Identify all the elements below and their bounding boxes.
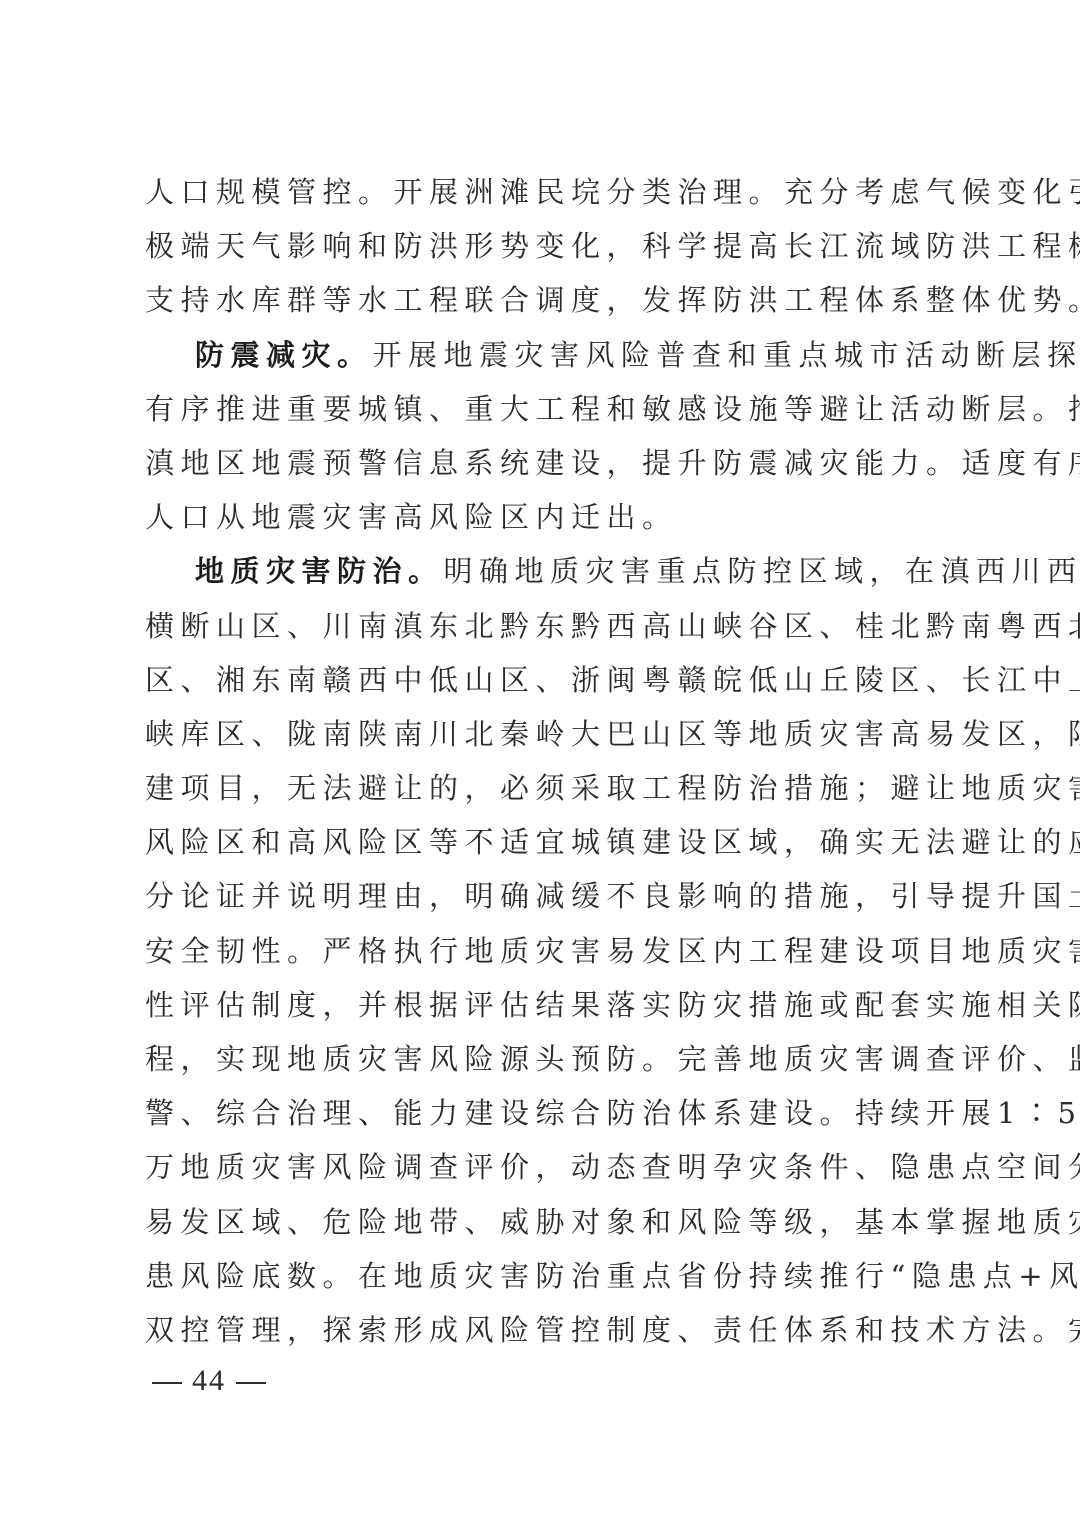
em-dash-left — [152, 1382, 182, 1384]
document-body: 人口规模管控。开展洲滩民垸分类治理。充分考虑气候变化引发的 极端天气影响和防洪形… — [145, 165, 937, 1357]
document-page: 人口规模管控。开展洲滩民垸分类治理。充分考虑气候变化引发的 极端天气影响和防洪形… — [0, 0, 1080, 1527]
text-line: 万地质灾害风险调查评价，动态查明孕灾条件、隐患点空间分布、 — [145, 1140, 937, 1194]
section-heading-earthquake: 防震减灾。 — [195, 338, 373, 372]
text-line: 程，实现地质灾害风险源头预防。完善地质灾害调查评价、监测预 — [145, 1032, 937, 1086]
section-heading-geohazard: 地质灾害防治。 — [195, 554, 444, 588]
text-line: 峡库区、陇南陕南川北秦岭大巴山区等地质灾害高易发区，限制新 — [145, 707, 937, 761]
text-line: 滇地区地震预警信息系统建设，提升防震减灾能力。适度有序鼓励 — [145, 436, 937, 490]
page-number: 44 — [142, 1364, 276, 1398]
paragraph-first-line: 地质灾害防治。明确地质灾害重点防控区域，在滇西川西藏东 — [145, 544, 937, 598]
text-line: 支持水库群等水工程联合调度，发挥防洪工程体系整体优势。 — [145, 273, 937, 327]
text-line: 横断山区、川南滇东北黔东黔西高山峡谷区、桂北黔南粤西北中山 — [145, 599, 937, 653]
text-line: 安全韧性。严格执行地质灾害易发区内工程建设项目地质灾害危险 — [145, 924, 937, 978]
em-dash-right — [236, 1382, 266, 1384]
text-line: 建项目，无法避让的，必须采取工程防治措施；避让地质灾害极高 — [145, 761, 937, 815]
text-line: 极端天气影响和防洪形势变化，科学提高长江流域防洪工程标准。 — [145, 219, 937, 273]
text-span: 明确地质灾害重点防控区域，在滇西川西藏东 — [444, 554, 1080, 588]
text-line: 患风险底数。在地质灾害防治重点省份持续推行“隐患点+风险区” — [145, 1249, 937, 1303]
text-line: 分论证并说明理由，明确减缓不良影响的措施，引导提升国土空间 — [145, 869, 937, 923]
page-number-value: 44 — [192, 1364, 226, 1397]
text-line: 易发区域、危险地带、威胁对象和风险等级，基本掌握地质灾害隐 — [145, 1195, 937, 1249]
paragraph-first-line: 防震减灾。开展地震灾害风险普查和重点城市活动断层探查， — [145, 328, 937, 382]
text-line: 人口规模管控。开展洲滩民垸分类治理。充分考虑气候变化引发的 — [145, 165, 937, 219]
text-line: 有序推进重要城镇、重大工程和敏感设施等避让活动断层。推进川 — [145, 382, 937, 436]
text-line: 性评估制度，并根据评估结果落实防灾措施或配套实施相关防护工 — [145, 978, 937, 1032]
text-line: 警、综合治理、能力建设综合防治体系建设。持续开展1∶5万和1∶1 — [145, 1086, 937, 1140]
text-line: 风险区和高风险区等不适宜城镇建设区域，确实无法避让的应当充 — [145, 815, 937, 869]
text-line: 人口从地震灾害高风险区内迁出。 — [145, 490, 937, 544]
text-line: 区、湘东南赣西中低山区、浙闽粤赣皖低山丘陵区、长江中上游三 — [145, 653, 937, 707]
text-line: 双控管理，探索形成风险管控制度、责任体系和技术方法。完善“人 — [145, 1303, 937, 1357]
text-span: 开展地震灾害风险普查和重点城市活动断层探查， — [373, 338, 1080, 372]
